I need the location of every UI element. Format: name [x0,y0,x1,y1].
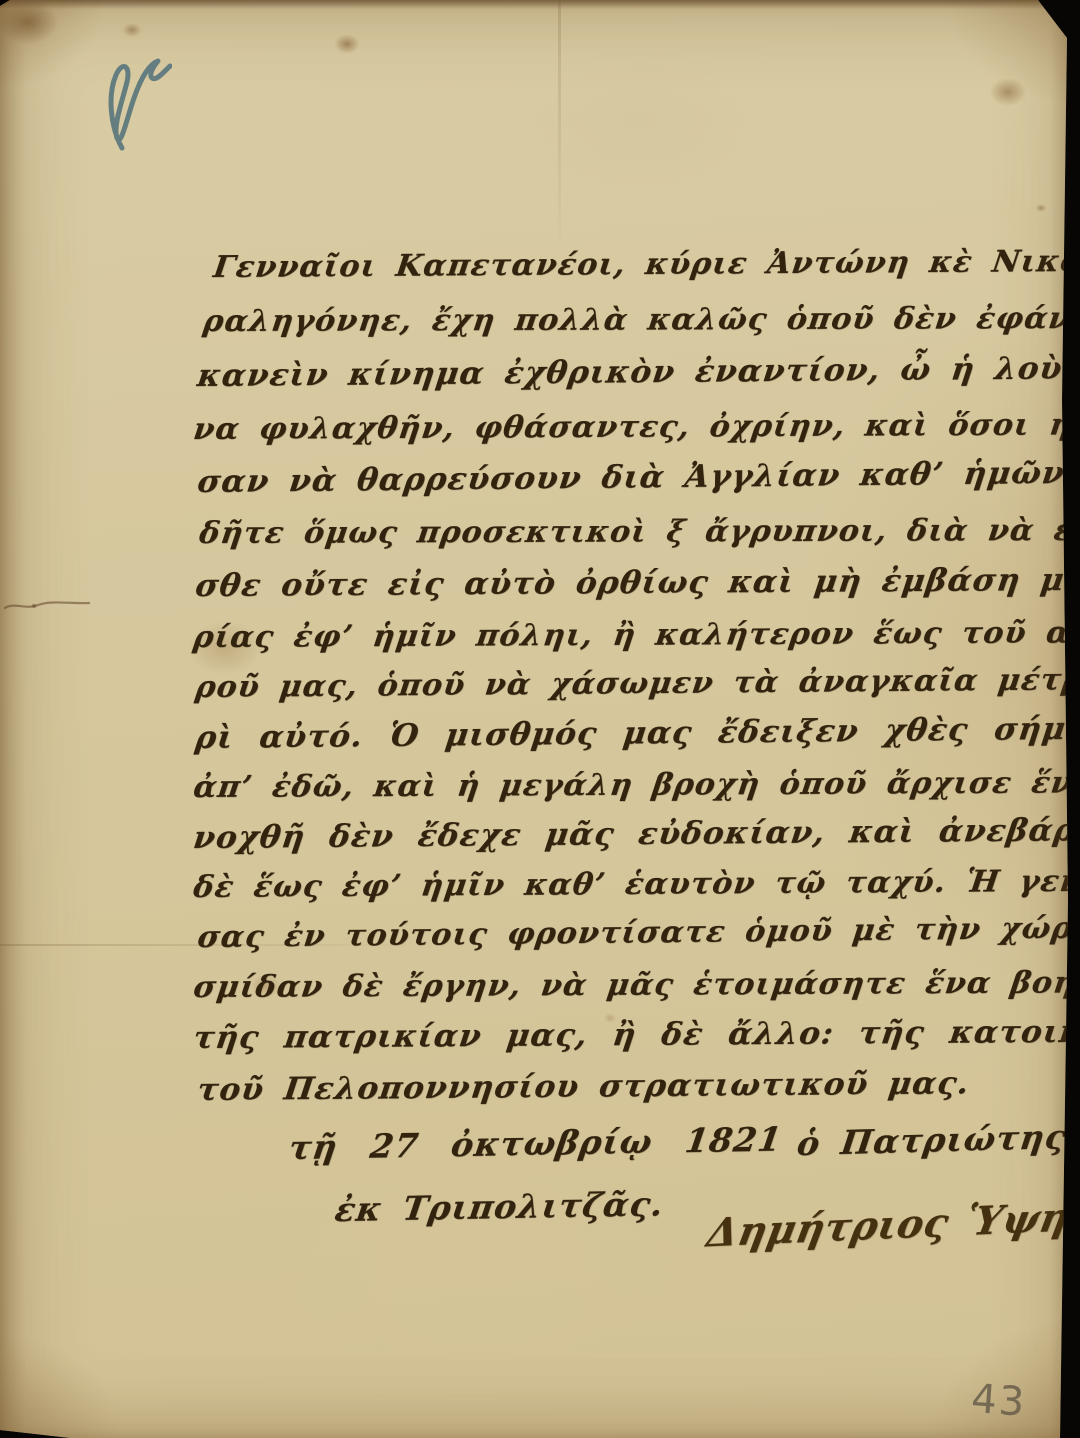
scan-background: Γενναῖοι Καπετανέοι, κύριε Ἀντώνη κὲ Νικ… [0,0,1080,1438]
date-line-author: ὁ Πατριώτης [795,1117,1069,1163]
handwritten-line: νοχθῆ δὲν ἔδεχε μᾶς εὐδοκίαν, καὶ ἀνεβάρ… [191,812,1080,856]
handwritten-line: να φυλαχθῆν, φθάσαντες, ὀχρίην, καὶ ὅσοι… [191,407,1080,447]
handwritten-line: τοῦ Πελοποννησίου στρατιωτικοῦ μας. [195,1065,972,1108]
handwritten-line: σμίδαν δὲ ἔργην, νὰ μᾶς ἑτοιμάσητε ἕνα β… [191,965,1080,1005]
handwritten-line: τῆς πατρικίαν μας, ἢ δὲ ἄλλο: τῆς κατοικ… [191,1013,1080,1056]
handwritten-line: Γενναῖοι Καπετανέοι, κύριε Ἀντώνη κὲ Νικ… [211,243,1080,285]
left-edge-tear [4,596,90,616]
handwritten-line: ρίας ἐφ’ ἡμῖν πόληι, ἢ καλήτερον ἕως τοῦ… [191,614,1080,655]
handwritten-line: κανεὶν κίνημα ἐχθρικὸν ἐναντίον, ὦ ἡ λοὺ… [195,349,1080,394]
handwritten-line: δὲ ἕως ἐφ’ ἡμῖν καθ’ ἑαυτὸν τῷ ταχύ. Ἡ γ… [191,863,1080,905]
place-line: ἐκ Τριπολιτζᾶς. [333,1184,667,1229]
handwritten-line: δῆτε ὅμως προσεκτικοὶ ξ ἄγρυπνοι, διὰ νὰ… [197,512,1080,551]
letter-page: Γενναῖοι Καπετανέοι, κύριε Ἀντώνη κὲ Νικ… [0,0,1080,1438]
handwritten-line: ραληγόνηε, ἔχη πολλὰ καλῶς ὁποῦ δὲν ἐφάν… [201,301,1080,339]
handwritten-line: σαν νὰ θαρρεύσουν διὰ Ἀγγλίαν καθ’ ἡμῶν.… [195,454,1080,500]
signature: Δημήτριος Ὑψηλάντης [703,1187,1080,1256]
vertical-fold-crease [558,0,561,260]
pencil-mark-icon [92,46,172,154]
handwritten-line: ἀπ’ ἐδῶ, καὶ ἡ μεγάλη βροχὴ ὁποῦ ἄρχισε … [191,765,1080,805]
top-fold-crease [0,0,1080,9]
handwritten-line: σθε οὔτε εἰς αὐτὸ ὀρθίως καὶ μὴ ἐμβάση μ… [193,561,1080,604]
folio-number: 43 [970,1376,1028,1426]
handwritten-line: σας ἐν τούτοις φροντίσατε ὁμοῦ μὲ τὴν χώ… [195,909,1080,955]
handwritten-line: ρὶ αὐτό. Ὁ μισθμός μας ἔδειξεν χθὲς σήμε… [193,710,1080,756]
date-line: τῇ 27 ὀκτωβρίῳ 1821 [287,1119,785,1167]
handwritten-line: ροῦ μας, ὁποῦ νὰ χάσωμεν τὰ ἀναγκαῖα μέτ… [193,661,1080,705]
